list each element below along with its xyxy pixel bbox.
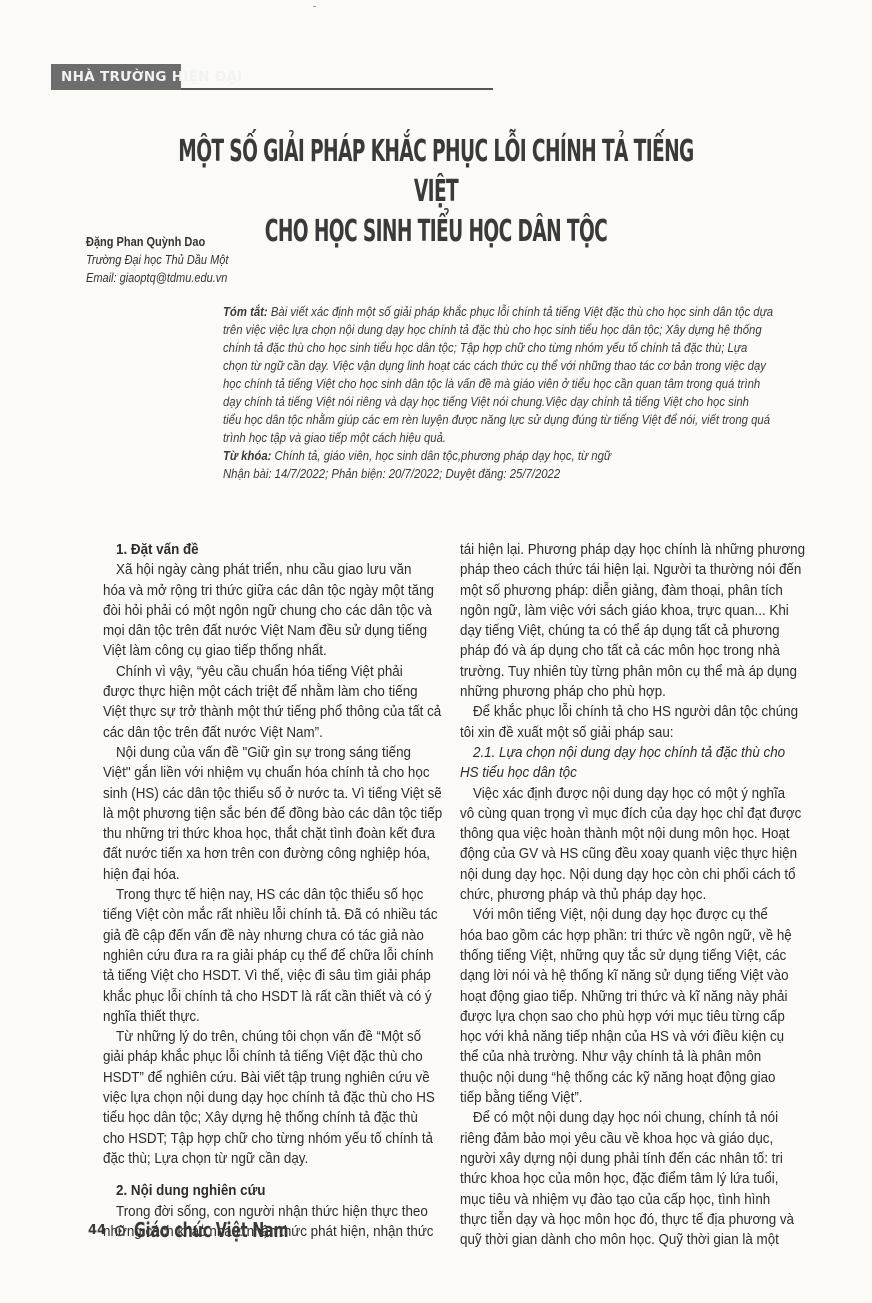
body-line: Xã hội ngày càng phát triển, nhu cầu gia…	[103, 560, 433, 580]
header-rule	[181, 88, 493, 90]
body-line: mọi dân tộc trên đất nước Việt Nam đều s…	[103, 621, 433, 641]
abstract-label: Tóm tắt:	[223, 305, 268, 319]
body-line: thực tiễn dạy và học môn học đó, thực tế…	[460, 1210, 790, 1230]
body-line: thống tiếng Việt, những quy tắc sử dụng …	[460, 946, 790, 966]
body-line: được lựa chọn sao cho phù hợp với mục ti…	[460, 1007, 790, 1027]
body-line: các dân tộc trên đất nước Việt Nam”.	[103, 723, 433, 743]
body-line: thu những tri thức khoa học, thắt chặt t…	[103, 824, 433, 844]
body-line: dạng lời nói và hệ thống kĩ năng sử dụng…	[460, 966, 790, 986]
body-line: thể của nhà trường. Như vậy chính tả là …	[460, 1047, 790, 1067]
body-line: cho HSDT; Tập hợp chữ cho từng nhóm yếu …	[103, 1129, 433, 1149]
abstract-line: chính tả đặc thù cho học sinh tiểu học d…	[223, 339, 763, 357]
body-line: Việt làm công cụ giao tiếp thống nhất.	[103, 641, 433, 661]
scan-mark	[313, 6, 316, 7]
body-line: việc lựa chọn nội dung dạy học chính tả …	[103, 1088, 433, 1108]
abstract-line: chọn từ ngữ cần dạy. Việc vận dụng linh …	[223, 357, 763, 375]
body-line: những phương pháp cho phù hợp.	[460, 682, 790, 702]
left-column: 1. Đặt vấn đề Xã hội ngày càng phát triể…	[103, 540, 458, 1242]
body-line: hoạt động giao tiếp. Những tri thức và k…	[460, 987, 790, 1007]
body-line: ngôn ngữ, làm việc với sách giáo khoa, t…	[460, 601, 790, 621]
body-line: quỹ thời gian dành cho môn học. Quỹ thời…	[460, 1230, 790, 1250]
body-line: Chính vì vậy, “yêu cầu chuẩn hóa tiếng V…	[103, 662, 433, 682]
body-line: Việc xác định được nội dung dạy học có m…	[460, 784, 790, 804]
body-line: khắc phục lỗi chính tả cho HSDT là rất c…	[103, 987, 433, 1007]
keywords-label: Từ khóa:	[223, 449, 271, 463]
abstract-line: tiểu học dân tộc nhằm giúp các em rèn lu…	[223, 411, 763, 429]
body-line: thông qua việc hoàn thành một nội dung m…	[460, 824, 790, 844]
body-line: tiếp bằng tiếng Việt”.	[460, 1088, 790, 1108]
body-line: riêng đảm bảo mọi yêu cầu về khoa học và…	[460, 1129, 790, 1149]
title-line-1: MỘT SỐ GIẢI PHÁP KHẮC PHỤC LỖI CHÍNH TẢ …	[166, 132, 707, 212]
abstract: Tóm tắt: Bài viết xác định một số giải p…	[223, 303, 823, 483]
body-line: đòi hỏi phải có một ngôn ngữ chung cho c…	[103, 601, 433, 621]
body-line: giả đề cập đến vấn đề này nhưng chưa có …	[103, 926, 433, 946]
body-line: nghiên cứu đưa ra ra giải pháp cụ thể để…	[103, 946, 433, 966]
body-line: sinh (HS) các dân tộc thiểu số ở nước ta…	[103, 784, 433, 804]
body-line: Việt thực sự trở thành một thứ tiếng phổ…	[103, 702, 433, 722]
body-line: tả tiếng Việt cho HSDT. Vì thế, việc đi …	[103, 966, 433, 986]
dates-line: Nhận bài: 14/7/2022; Phản biện: 20/7/202…	[223, 465, 763, 483]
body-line: Để có một nội dung dạy học nói chung, ch…	[460, 1108, 790, 1128]
body-line: thuộc nội dung “hệ thống các kỹ năng hoạ…	[460, 1068, 790, 1088]
body-line: Trong thực tế hiện nay, HS các dân tộc t…	[103, 885, 433, 905]
subsection-heading-2-1-cont: HS tiểu học dân tộc	[460, 763, 790, 783]
body-line: học với khả năng tiếp nhận của HS và với…	[460, 1027, 790, 1047]
body-line: pháp đó và áp dụng cho tất cả các môn họ…	[460, 641, 790, 661]
abstract-line: trên việc việc lựa chọn nội dung dạy học…	[223, 321, 763, 339]
body-line: tiểu học dân tộc; Xây dựng hệ thống chín…	[103, 1108, 433, 1128]
body-line: Từ những lý do trên, chúng tôi chọn vấn …	[103, 1027, 433, 1047]
body-line: hóa bao gồm các hợp phần: tri thức về ng…	[460, 926, 790, 946]
body-line: người xây dựng nội dung phải tính đến cá…	[460, 1149, 790, 1169]
keywords-text: Chính tả, giáo viên, học sinh dân tộc,ph…	[271, 449, 611, 463]
body-line: đất nước tiến xa hơn trên con đường công…	[103, 844, 433, 864]
body-line: giải pháp khắc phục lỗi chính tả tiếng V…	[103, 1047, 433, 1067]
section-label: NHÀ TRƯỜNG HIỆN ĐẠI	[51, 64, 181, 90]
abstract-text: Bài viết xác định một số giải pháp khắc …	[268, 305, 773, 319]
author-affiliation: Trường Đại học Thủ Dầu Một	[86, 251, 228, 269]
body-line: hiện đại hóa.	[103, 865, 433, 885]
body-line: vô cùng quan trọng vì mục đích của dạy h…	[460, 804, 790, 824]
body-line: HSDT” để nghiên cứu. Bài viết tập trung …	[103, 1068, 433, 1088]
author-name: Đặng Phan Quỳnh Dao	[86, 233, 228, 251]
body-line: Với môn tiếng Việt, nội dung dạy học đượ…	[460, 905, 790, 925]
body-line: pháp theo cách thức tái hiện lại. Người …	[460, 560, 790, 580]
body-line: đặc thù; Lựa chọn từ ngữ cần dạy.	[103, 1149, 433, 1169]
body-line: Nội dung của vấn đề "Giữ gìn sự trong sá…	[103, 743, 433, 763]
body-line: Để khắc phục lỗi chính tả cho HS người d…	[460, 702, 790, 722]
body-line: là một phương tiện sắc bén để đồng bào c…	[103, 804, 433, 824]
spacer	[103, 1169, 458, 1181]
journal-name: Giáo chức Việt Nam	[134, 1218, 288, 1242]
page-footer: 44 Giáo chức Việt Nam	[88, 1218, 348, 1242]
body-line: nội dung dạy học. Nội dung dạy học còn c…	[460, 865, 790, 885]
abstract-line: học chính tả tiếng Việt cho học sinh dân…	[223, 375, 763, 393]
body-line: Việt" gắn liền với nhiệm vụ chuẩn hóa ch…	[103, 763, 433, 783]
body-line: tôi xin đề xuất một số giải pháp sau:	[460, 723, 790, 743]
body-line: tái hiện lại. Phương pháp dạy học chính …	[460, 540, 790, 560]
author-email: Email: giaoptq@tdmu.edu.vn	[86, 269, 228, 287]
abstract-line: Tóm tắt: Bài viết xác định một số giải p…	[223, 303, 763, 321]
section-heading-1: 1. Đặt vấn đề	[103, 540, 433, 560]
abstract-line: trình học tập và giao tiếp một cách hiệu…	[223, 429, 763, 447]
body-line: hóa và mở rộng tri thức giữa các dân tộc…	[103, 581, 433, 601]
body-line: thức khoa học của môn học, đặc điểm tâm …	[460, 1169, 790, 1189]
abstract-line: dạy chính tả tiếng Việt nói riêng và dạy…	[223, 393, 763, 411]
section-heading-2: 2. Nội dung nghiên cứu	[103, 1181, 433, 1201]
right-column: tái hiện lại. Phương pháp dạy học chính …	[460, 540, 815, 1250]
body-line: trường. Tuy nhiên tùy từng phân môn cụ t…	[460, 662, 790, 682]
circle-bullet-icon	[114, 1224, 126, 1236]
body-line: được thực hiện một cách triệt để nhằm là…	[103, 682, 433, 702]
body-line: động của GV và HS cũng đều xoay quanh vi…	[460, 844, 790, 864]
body-line: mục tiêu và nhiệm vụ đào tạo của cấp học…	[460, 1190, 790, 1210]
body-line: nghĩa thiết thực.	[103, 1007, 433, 1027]
body-line: một số phương pháp: diễn giảng, đàm thoạ…	[460, 581, 790, 601]
body-line: chức, phương pháp và thủ pháp dạy học.	[460, 885, 790, 905]
page-number: 44	[88, 1223, 106, 1238]
body-line: tiếng Việt còn mắc rất nhiều lỗi chính t…	[103, 905, 433, 925]
body-line: dạy tiếng Việt, chúng ta có thể áp dụng …	[460, 621, 790, 641]
keywords-line: Từ khóa: Chính tả, giáo viên, học sinh d…	[223, 447, 763, 465]
author-block: Đặng Phan Quỳnh Dao Trường Đại học Thủ D…	[86, 233, 248, 287]
subsection-heading-2-1: 2.1. Lựa chọn nội dung dạy học chính tả …	[460, 743, 790, 763]
